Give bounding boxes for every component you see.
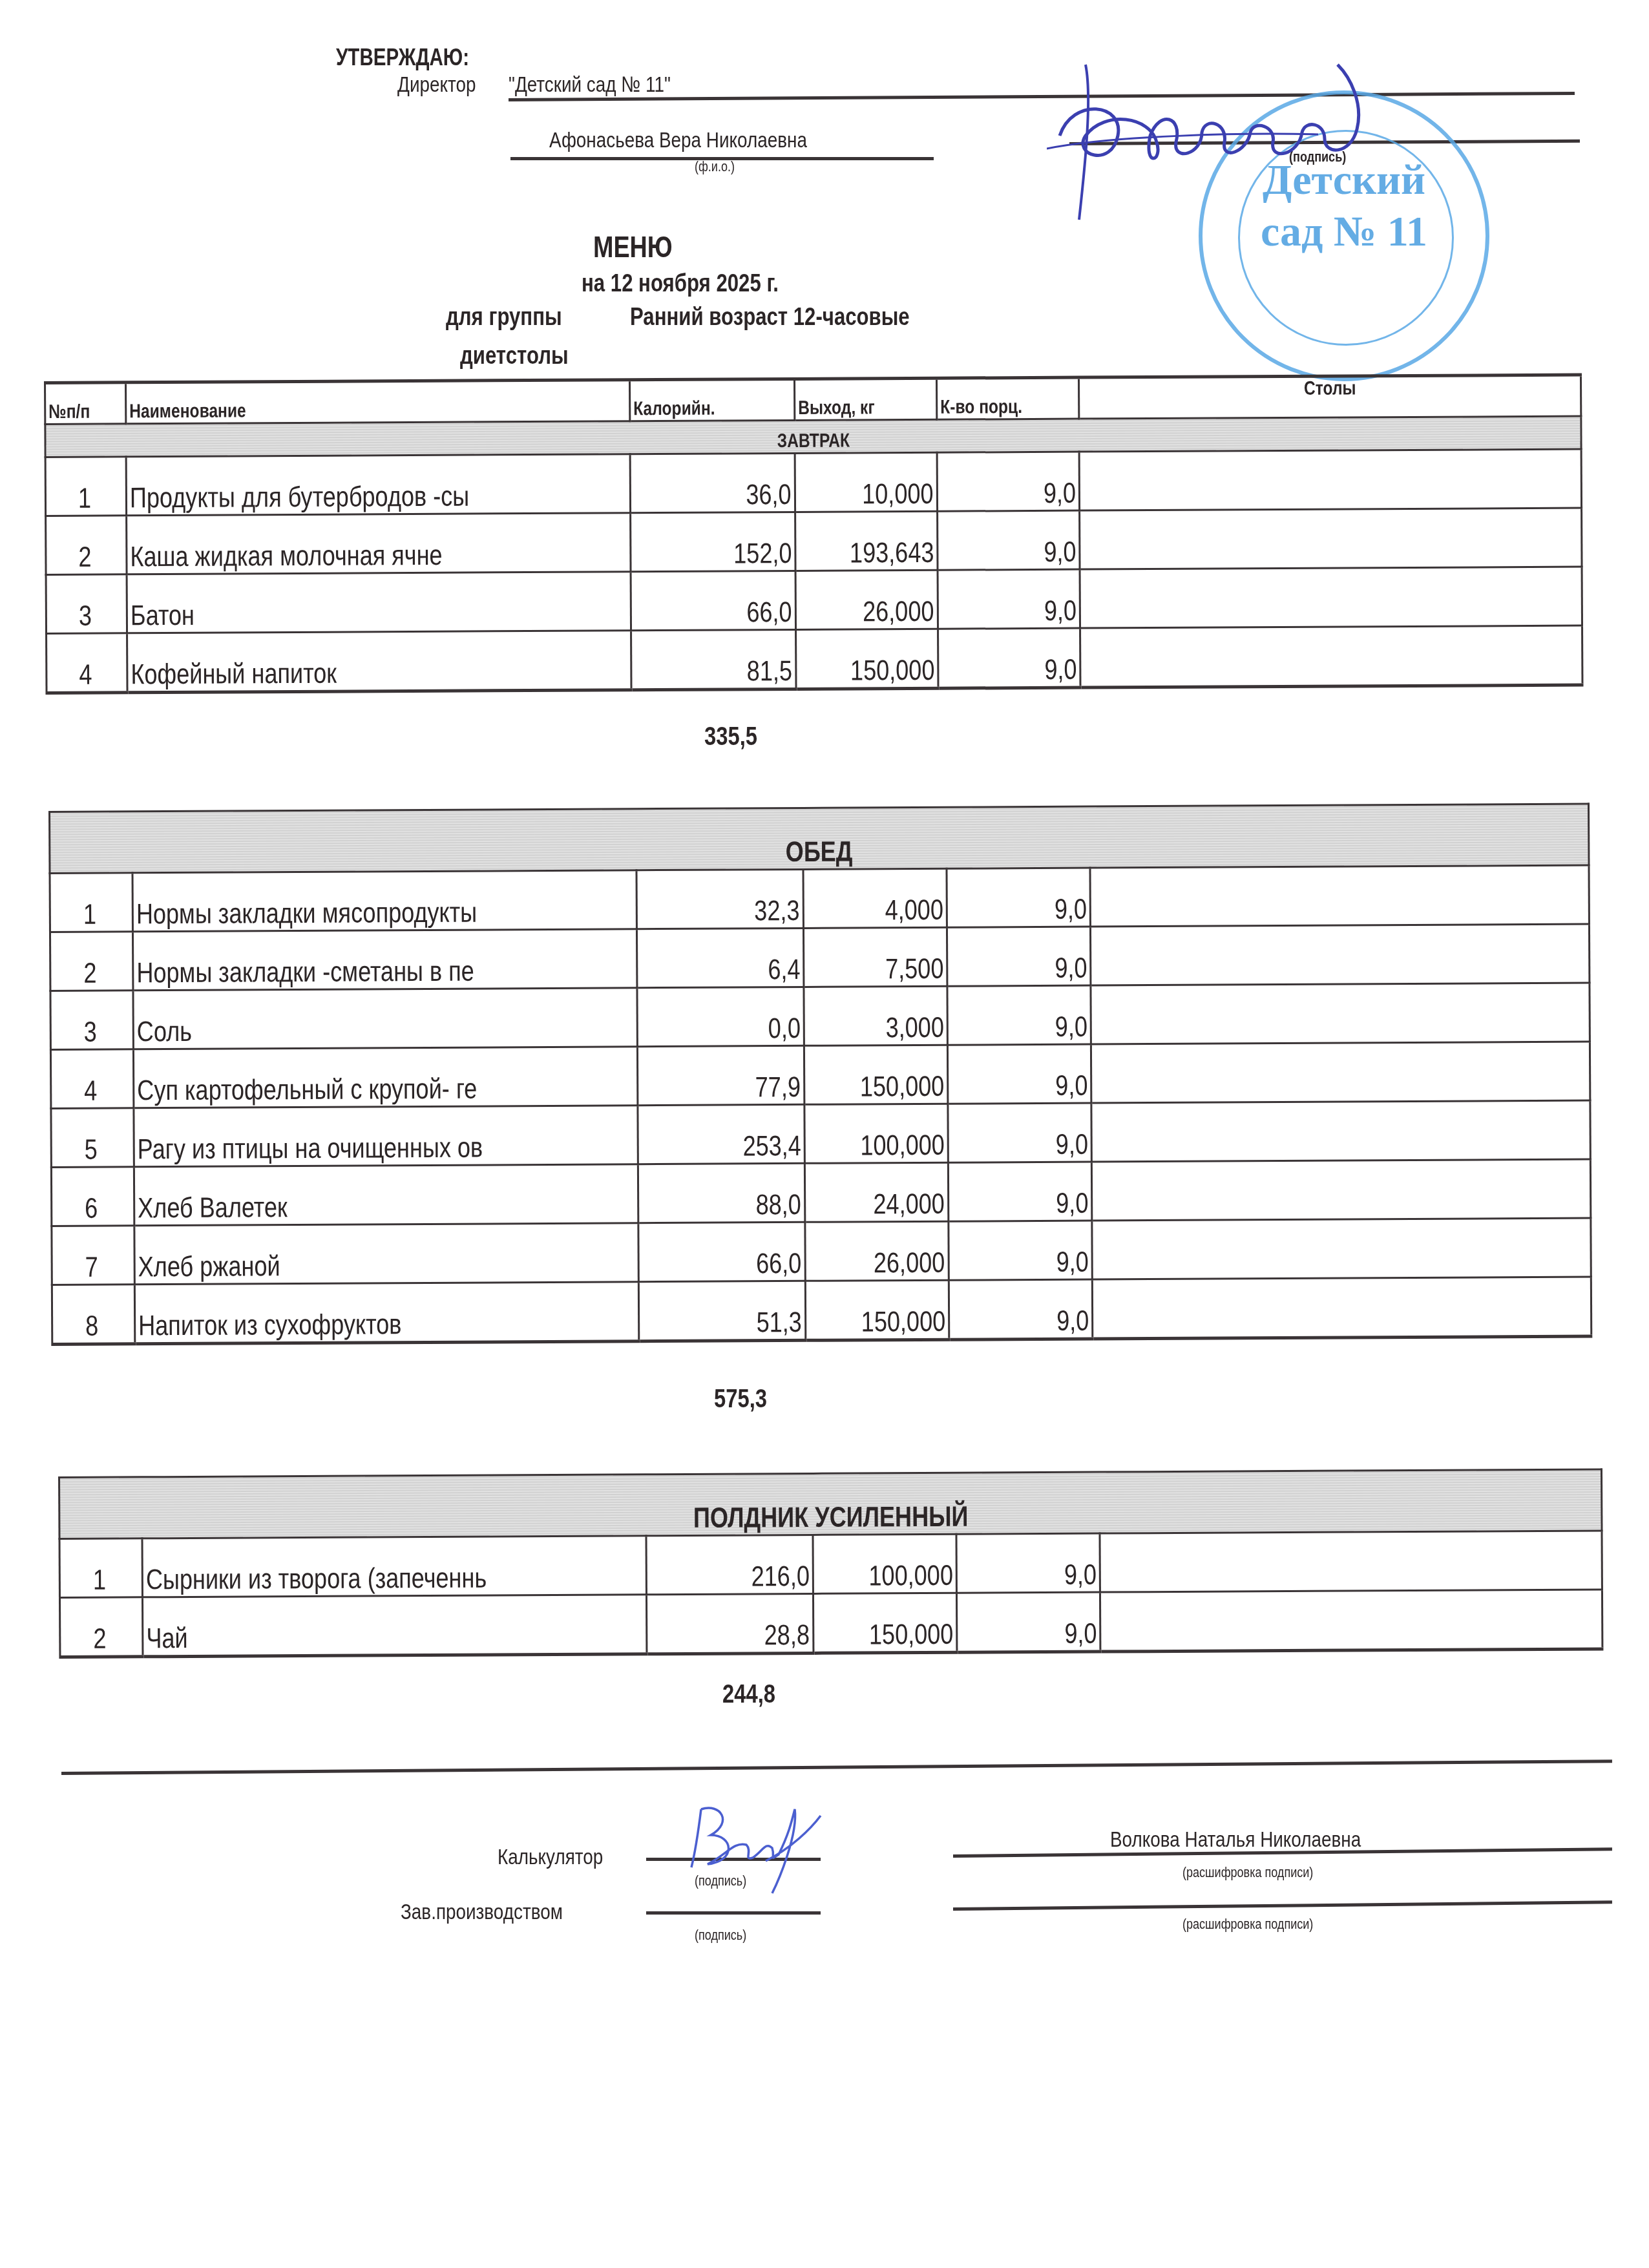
- menu-group: Ранний возраст 12-часовые: [630, 304, 971, 331]
- row-calories: 66,0: [631, 571, 795, 630]
- row-name: Соль: [133, 988, 637, 1049]
- menu-title: МЕНЮ: [593, 229, 690, 264]
- director-full-name: Афонасьева Вера Николаевна: [549, 128, 864, 153]
- row-tables: [1100, 1590, 1602, 1652]
- lunch-table: ОБЕД1Нормы закладки мясопродукты32,34,00…: [48, 803, 1592, 1346]
- table-row: 1Нормы закладки мясопродукты32,34,0009,0: [50, 865, 1589, 932]
- table-row: 2Чай28,8150,0009,0: [59, 1590, 1602, 1657]
- row-tables: [1091, 983, 1590, 1044]
- row-portions: 9,0: [938, 628, 1080, 688]
- menu-group-label: для группы: [446, 304, 587, 331]
- production-decode-caption: (расшифровка подписи): [1182, 1916, 1342, 1933]
- row-yield: 3,000: [804, 986, 947, 1045]
- row-name: Сырники из творога (запеченнь: [142, 1536, 646, 1597]
- snack-total: 244,8: [722, 1680, 787, 1709]
- row-yield: 150,000: [805, 1280, 949, 1340]
- menu-diet: диетстолы: [460, 342, 592, 370]
- row-name: Чай: [142, 1595, 646, 1657]
- row-yield: 4,000: [803, 868, 947, 928]
- column-header-num: №п/п: [45, 383, 126, 425]
- row-tables: [1091, 1100, 1590, 1162]
- row-yield: 100,000: [804, 1104, 948, 1163]
- row-yield: 24,000: [804, 1162, 948, 1222]
- table-row: 8Напиток из сухофруктов51,3150,0009,0: [52, 1277, 1591, 1344]
- row-number: 1: [59, 1538, 142, 1598]
- section-header-row: ПОЛДНИК УСИЛЕННЫЙ: [59, 1469, 1602, 1538]
- production-decode-line: [953, 1900, 1612, 1911]
- director-position-label: Директор: [397, 72, 493, 98]
- row-name: Каша жидкая молочная ячне: [127, 513, 631, 574]
- menu-date: на 12 ноября 2025 г.: [582, 270, 822, 298]
- column-header-yield: Выход, кг: [794, 378, 936, 420]
- row-calories: 81,5: [631, 629, 796, 689]
- row-number: 6: [51, 1167, 134, 1226]
- calculator-signature-icon: [682, 1796, 837, 1900]
- row-calories: 152,0: [631, 512, 795, 571]
- row-calories: 0,0: [637, 987, 804, 1046]
- row-number: 2: [46, 516, 127, 575]
- row-number: 2: [59, 1597, 142, 1657]
- breakfast-total: 335,5: [704, 722, 769, 751]
- row-name: Нормы закладки мясопродукты: [132, 870, 636, 932]
- row-portions: 9,0: [948, 1103, 1091, 1162]
- row-number: 4: [47, 633, 127, 693]
- row-portions: 9,0: [956, 1533, 1100, 1593]
- row-name: Напиток из сухофруктов: [134, 1282, 638, 1344]
- row-portions: 9,0: [948, 1162, 1091, 1221]
- row-calories: 216,0: [646, 1535, 813, 1594]
- row-number: 3: [46, 574, 127, 634]
- row-number: 4: [50, 1049, 133, 1109]
- row-tables: [1080, 508, 1582, 569]
- production-signature-line: [646, 1911, 821, 1915]
- row-portions: 9,0: [947, 868, 1090, 927]
- row-name: Батон: [127, 572, 631, 633]
- row-yield: 10,000: [795, 452, 937, 512]
- row-calories: 51,3: [638, 1281, 805, 1341]
- row-name: Рагу из птицы на очищенных ов: [134, 1106, 638, 1167]
- row-calories: 36,0: [630, 453, 795, 512]
- row-name: Суп картофельный с крупой- ге: [133, 1047, 637, 1108]
- row-name: Нормы закладки -сметаны в пе: [132, 929, 636, 991]
- row-number: 2: [50, 932, 132, 991]
- production-signature-caption: (подпись): [695, 1927, 758, 1944]
- row-tables: [1092, 1277, 1591, 1339]
- row-tables: [1100, 1531, 1602, 1592]
- director-signature-icon: [1047, 58, 1409, 226]
- section-title: ПОЛДНИК УСИЛЕННЫЙ: [59, 1469, 1602, 1538]
- row-tables: [1091, 1159, 1590, 1221]
- row-number: 5: [51, 1108, 134, 1168]
- row-name: Хлеб ржаной: [134, 1223, 638, 1285]
- breakfast-table: №п/п Наименование Калорийн. Выход, кг К-…: [44, 373, 1584, 695]
- row-calories: 6,4: [636, 928, 803, 987]
- row-yield: 150,000: [804, 1045, 947, 1104]
- row-portions: 9,0: [937, 452, 1079, 511]
- production-head-label: Зав.производством: [401, 1900, 598, 1925]
- row-portions: 9,0: [956, 1592, 1100, 1652]
- row-yield: 193,643: [795, 511, 938, 571]
- column-header-calories: Калорийн.: [630, 379, 795, 421]
- approval-title: УТВЕРЖДАЮ:: [336, 44, 498, 71]
- fio-caption: (ф.и.о.): [695, 158, 744, 175]
- column-header-name: Наименование: [126, 380, 630, 424]
- row-name: Кофейный напиток: [127, 631, 631, 693]
- lunch-total: 575,3: [714, 1385, 779, 1414]
- calculator-label: Калькулятор: [498, 1845, 626, 1870]
- section-header-row: ОБЕД: [50, 804, 1589, 873]
- table-row: 6Хлеб Валетек88,024,0009,0: [51, 1159, 1590, 1226]
- column-header-portions: К-во порц.: [936, 377, 1078, 419]
- row-calories: 28,8: [646, 1593, 813, 1654]
- row-tables: [1090, 865, 1589, 927]
- row-tables: [1092, 1218, 1591, 1279]
- row-number: 3: [50, 991, 133, 1050]
- row-calories: 66,0: [638, 1222, 805, 1281]
- table-row: 7Хлеб ржаной66,026,0009,0: [52, 1218, 1591, 1285]
- row-portions: 9,0: [949, 1279, 1092, 1339]
- row-name: Хлеб Валетек: [134, 1164, 638, 1226]
- row-calories: 88,0: [638, 1163, 804, 1223]
- footer-divider: [61, 1759, 1612, 1775]
- calculator-decode-caption: (расшифровка подписи): [1182, 1864, 1342, 1881]
- row-tables: [1091, 1042, 1590, 1103]
- row-yield: 100,000: [813, 1534, 956, 1593]
- row-tables: [1080, 625, 1582, 688]
- table-row: 4Кофейный напиток81,5150,0009,0: [47, 625, 1582, 693]
- calculator-name: Волкова Наталья Николаевна: [1110, 1827, 1416, 1853]
- row-yield: 26,000: [805, 1221, 949, 1281]
- section-title: ОБЕД: [50, 804, 1589, 873]
- row-yield: 150,000: [813, 1593, 956, 1653]
- table-row: 5Рагу из птицы на очищенных ов253,4100,0…: [51, 1100, 1590, 1167]
- row-portions: 9,0: [938, 569, 1080, 629]
- row-yield: 150,000: [796, 629, 938, 689]
- column-header-tables: Столы: [1078, 375, 1581, 419]
- table-row: 4Суп картофельный с крупой- ге77,9150,00…: [50, 1042, 1590, 1108]
- row-tables: [1079, 449, 1581, 510]
- row-portions: 9,0: [938, 510, 1080, 570]
- row-number: 1: [50, 873, 132, 932]
- row-tables: [1090, 924, 1589, 985]
- row-yield: 7,500: [803, 927, 947, 987]
- table-row: 2Каша жидкая молочная ячне152,0193,6439,…: [46, 508, 1582, 574]
- row-yield: 26,000: [795, 570, 938, 629]
- row-portions: 9,0: [947, 1044, 1091, 1104]
- row-tables: [1080, 567, 1582, 628]
- table-row: 3Батон66,026,0009,0: [46, 567, 1582, 633]
- row-number: 8: [52, 1285, 134, 1345]
- row-calories: 32,3: [636, 869, 803, 929]
- row-portions: 9,0: [949, 1221, 1092, 1280]
- row-calories: 253,4: [638, 1104, 804, 1164]
- row-portions: 9,0: [947, 927, 1090, 986]
- director-organization: "Детский сад № 11": [509, 72, 706, 98]
- row-number: 7: [52, 1226, 134, 1285]
- row-portions: 9,0: [947, 985, 1091, 1045]
- table-row: 2Нормы закладки -сметаны в пе6,47,5009,0: [50, 924, 1589, 991]
- row-name: Продукты для бутербродов -сы: [126, 454, 630, 516]
- snack-table: ПОЛДНИК УСИЛЕННЫЙ1Сырники из творога (за…: [58, 1468, 1603, 1659]
- table-row: 1Продукты для бутербродов -сы36,010,0009…: [45, 449, 1581, 516]
- row-number: 1: [45, 457, 126, 516]
- table-row: 3Соль0,03,0009,0: [50, 983, 1590, 1049]
- table-row: 1Сырники из творога (запеченнь216,0100,0…: [59, 1531, 1602, 1597]
- row-calories: 77,9: [637, 1045, 804, 1105]
